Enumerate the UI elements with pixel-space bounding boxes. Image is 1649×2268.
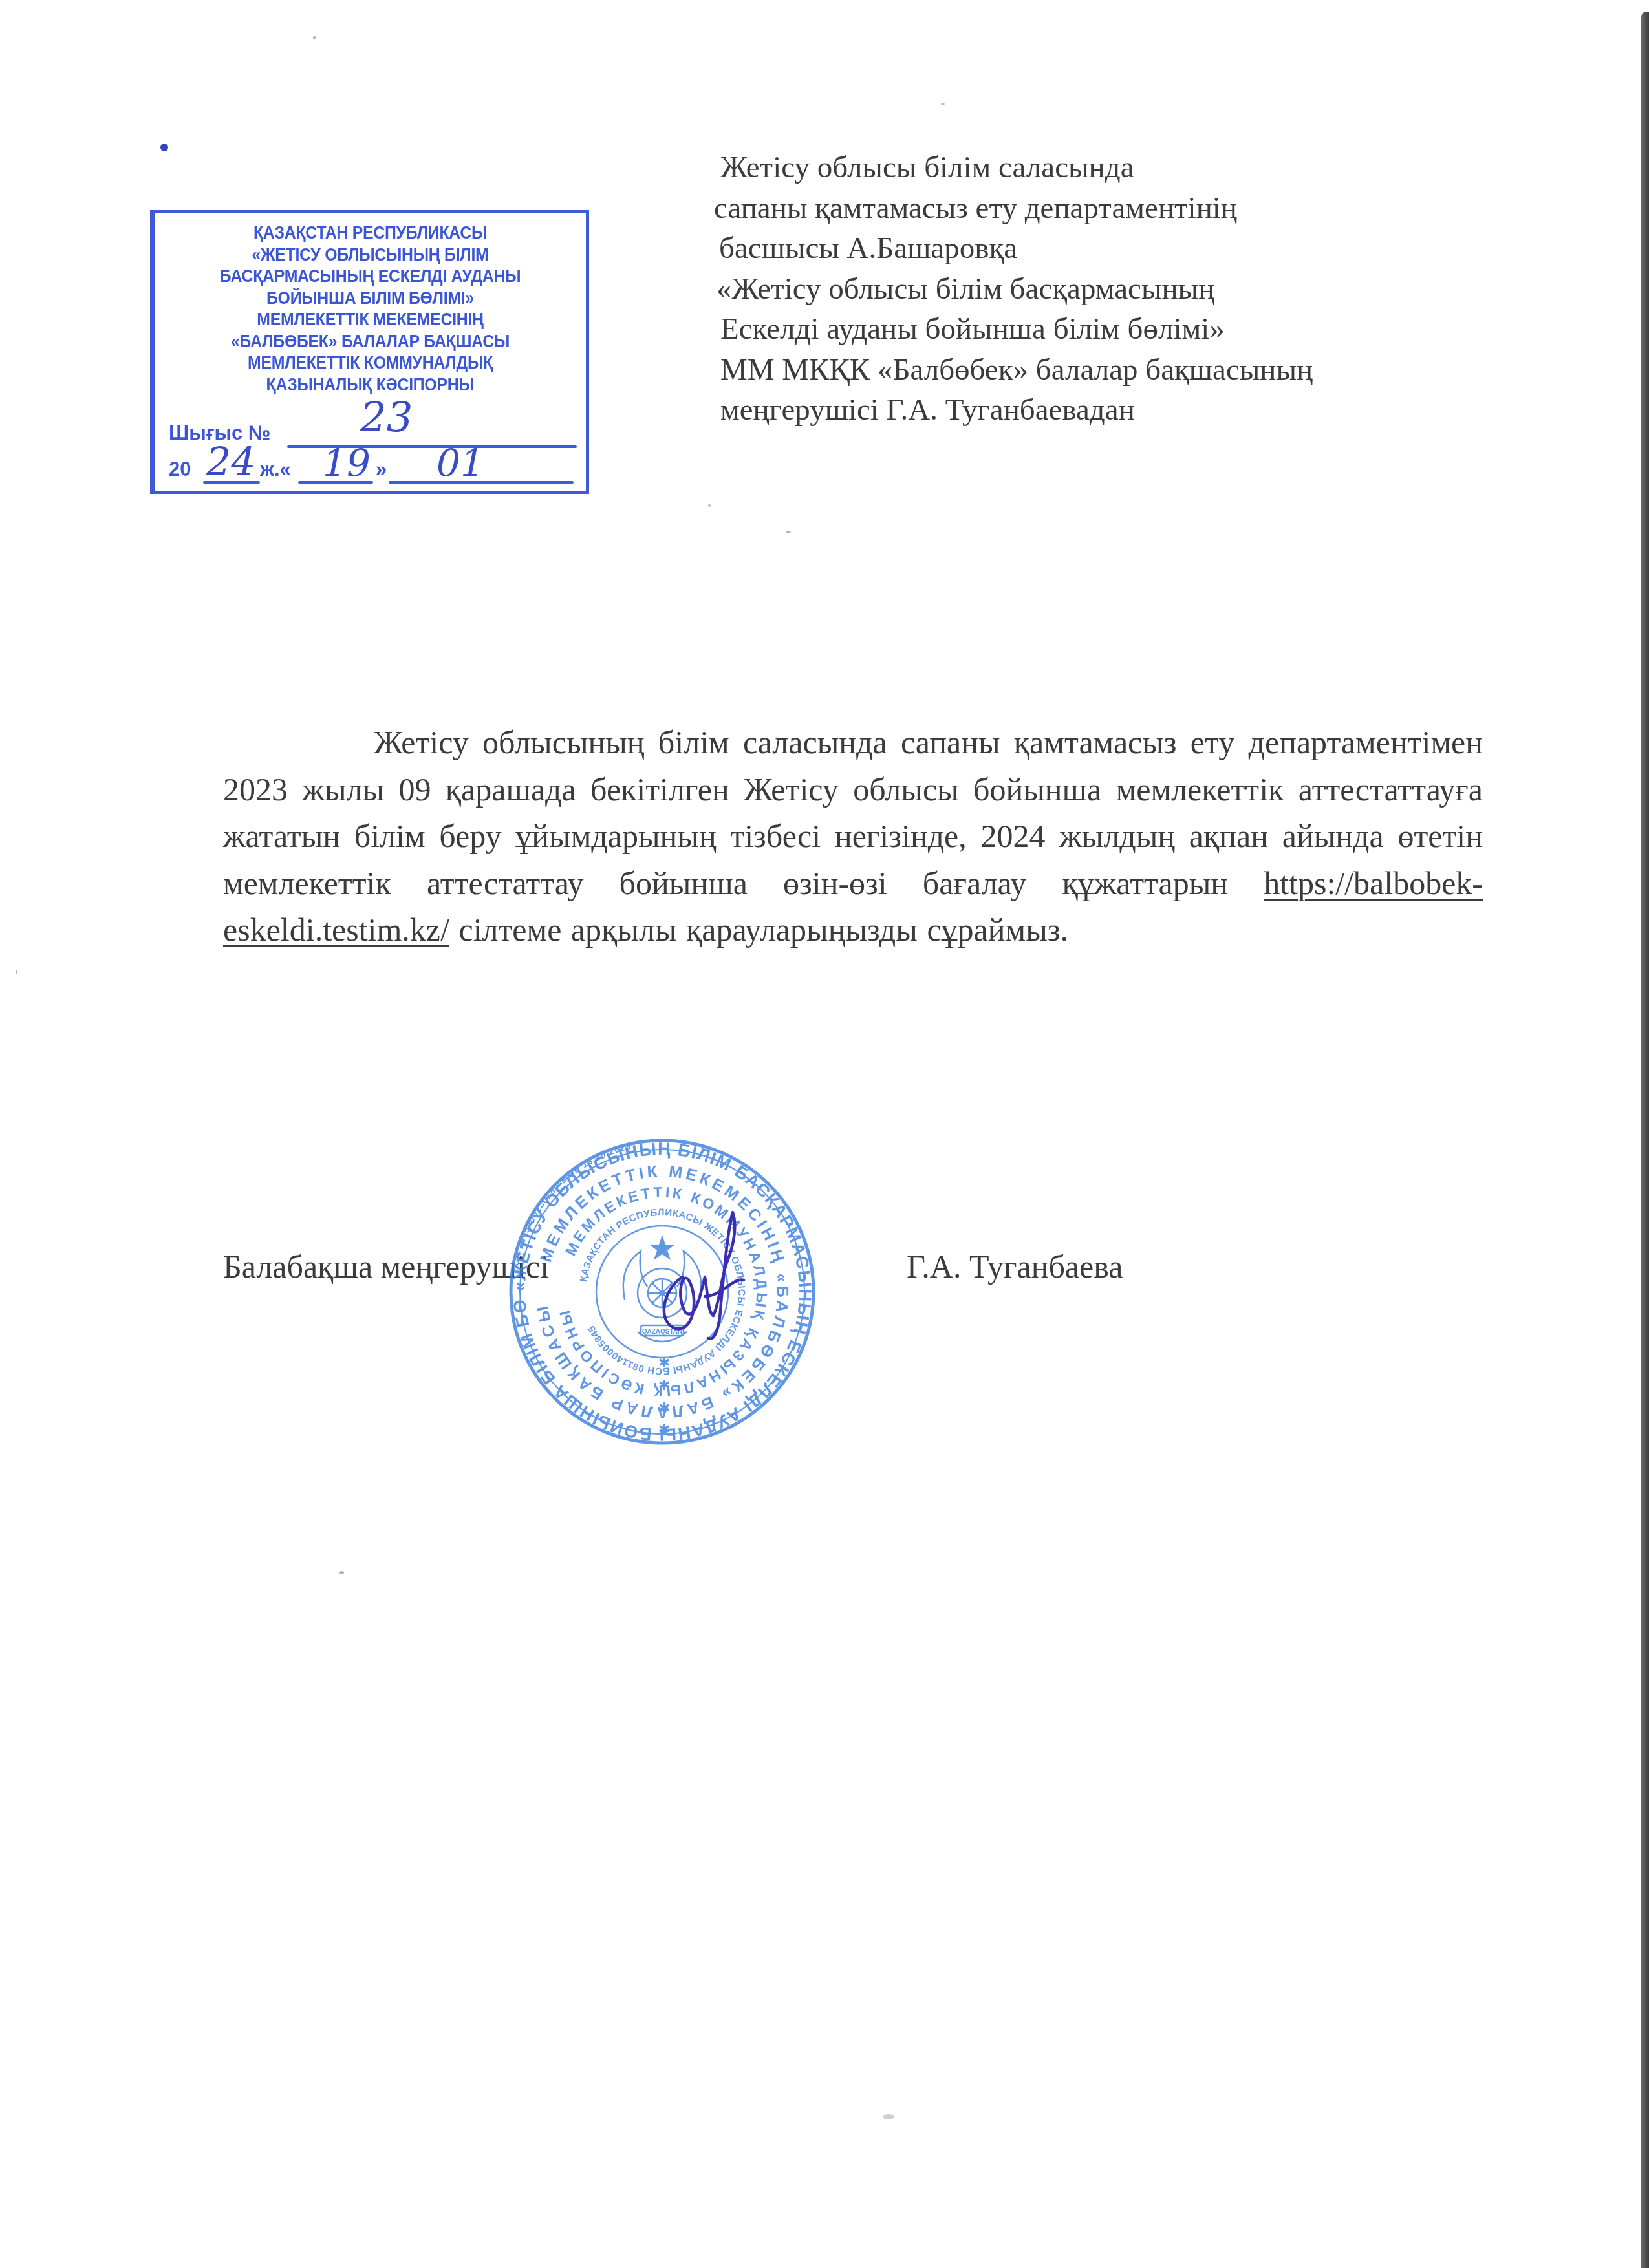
scan-speck: [339, 1571, 344, 1574]
addressee-line: басшысы А.Башаровқа: [718, 228, 1313, 269]
date-month-underline: [389, 481, 574, 484]
signature-scribble-icon: [637, 1199, 766, 1348]
stamp-line: БАСҚАРМАСЫНЫҢ ЕСКЕЛДІ АУДАНЫ: [172, 266, 569, 288]
date-year-marker: ж.«: [260, 458, 291, 481]
ink-dot: [160, 144, 168, 151]
signatory-role: Балабақша меңгерушісі: [223, 1248, 549, 1285]
scan-speck: [883, 2114, 894, 2119]
stamp-line: МЕМЛЕКЕТТІК МЕКЕМЕСІНІҢ: [172, 309, 569, 331]
body-text-end: сілтеме арқылы қарауларыңызды сұраймыз.: [449, 912, 1068, 948]
seal-star-icon: ✱: [658, 1400, 670, 1417]
addressee-line: меңгерушісі Г.А. Туганбаевадан: [718, 390, 1313, 431]
stamp-line: БОЙЫНША БІЛІМ БӨЛІМІ»: [172, 288, 569, 310]
stamp-line: ҚАЗЫНАЛЫҚ КӘСІПОРНЫ: [172, 374, 569, 396]
date-close-quote: »: [376, 458, 387, 481]
stamp-line: ҚАЗАҚСТАН РЕСПУБЛИКАСЫ: [172, 222, 569, 244]
stamp-line: МЕМЛЕКЕТТІК КОММУНАЛДЫҚ: [172, 352, 569, 374]
scan-speck: [16, 970, 17, 974]
stamp-line: «БАЛБӨБЕК» БАЛАЛАР БАҚШАСЫ: [172, 331, 569, 353]
stamp-header: ҚАЗАҚСТАН РЕСПУБЛИКАСЫ «ЖЕТІСУ ОБЛЫСЫНЫҢ…: [172, 222, 569, 396]
scan-speck: [708, 504, 711, 507]
addressee-line: ММ МКҚК «Балбөбек» балалар бақшасының: [718, 350, 1313, 390]
body-paragraph: Жетісу облысының білім саласында сапаны …: [223, 719, 1483, 954]
date-month: 01: [436, 441, 484, 485]
stamp-line: «ЖЕТІСУ ОБЛЫСЫНЫҢ БІЛІМ: [172, 244, 569, 266]
date-day: 19: [323, 441, 371, 485]
addressee-line: Ескелді ауданы бойынша білім бөлімі»: [718, 309, 1313, 350]
seal-star-icon: ✱: [658, 1422, 670, 1438]
scan-speck: [941, 103, 945, 105]
date-year-suffix: 24: [206, 440, 255, 485]
seal-star-icon: ✱: [658, 1378, 670, 1394]
handwritten-signature: [637, 1199, 766, 1348]
addressee-line: сапаны қамтамасыз ету департаментінің: [714, 188, 1313, 229]
outgoing-stamp: ҚАЗАҚСТАН РЕСПУБЛИКАСЫ «ЖЕТІСУ ОБЛЫСЫНЫҢ…: [150, 210, 589, 494]
addressee-block: Жетісу облысы білім саласында сапаны қам…: [718, 147, 1313, 431]
addressee-line: «Жетісу облысы білім басқармасының: [717, 269, 1313, 310]
addressee-line: Жетісу облысы білім саласында: [718, 147, 1313, 188]
scan-speck: [786, 531, 791, 533]
signatory-name: Г.А. Туганбаева: [907, 1248, 1123, 1285]
seal-star-icon: ✱: [658, 1355, 670, 1371]
date-year-prefix: 20: [169, 458, 191, 481]
outgoing-number-value: 23: [360, 394, 413, 442]
date-day-underline: [298, 481, 373, 484]
scan-page-edge: [1641, 12, 1649, 2268]
date-year-underline: [203, 481, 260, 484]
scan-speck: [313, 36, 316, 39]
